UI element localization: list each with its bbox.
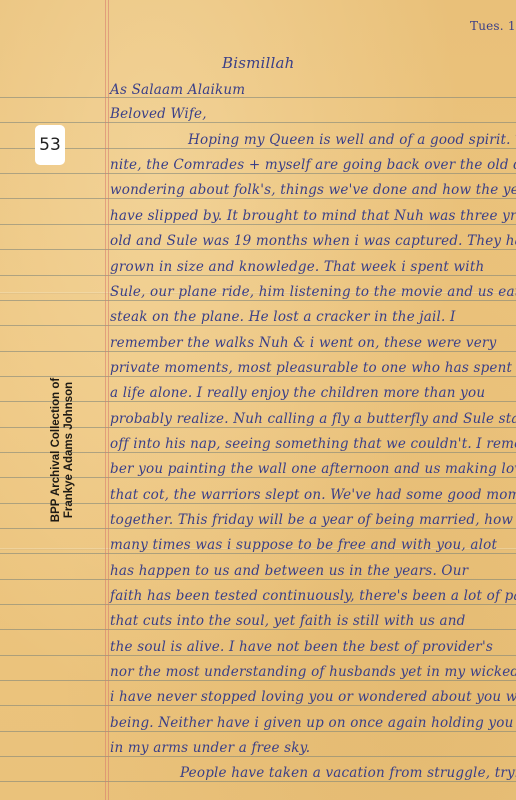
body-line: wondering about folk's, things we've don… <box>110 184 516 198</box>
ruled-line <box>0 604 516 605</box>
ruled-line <box>0 148 516 149</box>
ruled-line <box>0 173 516 174</box>
body-line: remember the walks Nuh & i went on, thes… <box>110 337 496 351</box>
letter-page: 53 BPP Archival Collection of Frankye Ad… <box>0 0 516 800</box>
greeting: Beloved Wife, <box>110 108 207 122</box>
body-line: faith has been tested continuously, ther… <box>110 590 516 604</box>
ruled-line <box>0 553 516 554</box>
ruled-line <box>0 401 516 402</box>
letter-date: Tues. 13th <box>470 20 516 32</box>
body-line: i have never stopped loving you or wonde… <box>110 691 516 705</box>
ruled-line <box>0 224 516 225</box>
body-line: that cuts into the soul, yet faith is st… <box>110 615 466 629</box>
archive-stamp: BPP Archival Collection of Frankye Adams… <box>50 370 75 530</box>
body-line: has happen to us and between us in the y… <box>110 565 468 579</box>
closing-paragraph-start: People have taken a vacation from strugg… <box>180 767 516 781</box>
body-line: the soul is alive. I have not been the b… <box>110 641 493 655</box>
body-line: steak on the plane. He lost a cracker in… <box>110 311 456 325</box>
ruled-line <box>0 427 516 428</box>
body-line: in my arms under a free sky. <box>110 742 310 756</box>
ruled-line <box>0 452 516 453</box>
ruled-line <box>0 579 516 580</box>
body-line: old and Sule was 19 months when i was ca… <box>110 235 516 249</box>
ruled-line <box>0 97 516 98</box>
body-line: grown in size and knowledge. That week i… <box>110 261 484 275</box>
ruled-line <box>0 249 516 250</box>
body-line: private moments, most pleasurable to one… <box>110 362 512 376</box>
body-line: being. Neither have i given up on once a… <box>110 717 513 731</box>
salutation: As Salaam Alaikum <box>110 84 245 98</box>
page-number-tag: 53 <box>35 125 65 165</box>
page-number: 53 <box>39 135 61 155</box>
archive-stamp-line2: Frankye Adams Johnson <box>63 370 76 530</box>
ruled-line <box>0 198 516 199</box>
ruled-line <box>0 300 516 301</box>
body-line: nor the most understanding of husbands y… <box>110 666 516 680</box>
letter-heading: Bismillah <box>222 56 295 71</box>
ruled-line <box>0 122 516 123</box>
margin-line <box>108 0 109 800</box>
ruled-line <box>0 477 516 478</box>
body-line: many times was i suppose to be free and … <box>110 539 497 553</box>
body-line: together. This friday will be a year of … <box>110 514 513 528</box>
ruled-line <box>0 731 516 732</box>
body-line: probably realize. Nuh calling a fly a bu… <box>110 413 516 427</box>
body-line: nite, the Comrades + myself are going ba… <box>110 159 516 173</box>
body-line: off into his nap, seeing something that … <box>110 438 516 452</box>
ruled-line <box>0 325 516 326</box>
ruled-line <box>0 629 516 630</box>
ruled-line <box>0 351 516 352</box>
ruled-line <box>0 655 516 656</box>
ruled-line <box>0 376 516 377</box>
body-line: that cot, the warriors slept on. We've h… <box>110 489 516 503</box>
body-line: a life alone. I really enjoy the childre… <box>110 387 485 401</box>
ruled-line <box>0 503 516 504</box>
ruled-line <box>0 756 516 757</box>
body-line: ber you painting the wall one afternoon … <box>110 463 516 477</box>
ruled-line <box>0 680 516 681</box>
archive-stamp-line1: BPP Archival Collection of <box>50 370 63 530</box>
ruled-line <box>0 275 516 276</box>
body-line: Hoping my Queen is well and of a good sp… <box>188 134 516 148</box>
margin-line <box>105 0 106 800</box>
body-line: have slipped by. It brought to mind that… <box>110 210 516 224</box>
body-line: Sule, our plane ride, him listening to t… <box>110 286 516 300</box>
ruled-line <box>0 781 516 782</box>
ruled-line <box>0 705 516 706</box>
ruled-line <box>0 528 516 529</box>
